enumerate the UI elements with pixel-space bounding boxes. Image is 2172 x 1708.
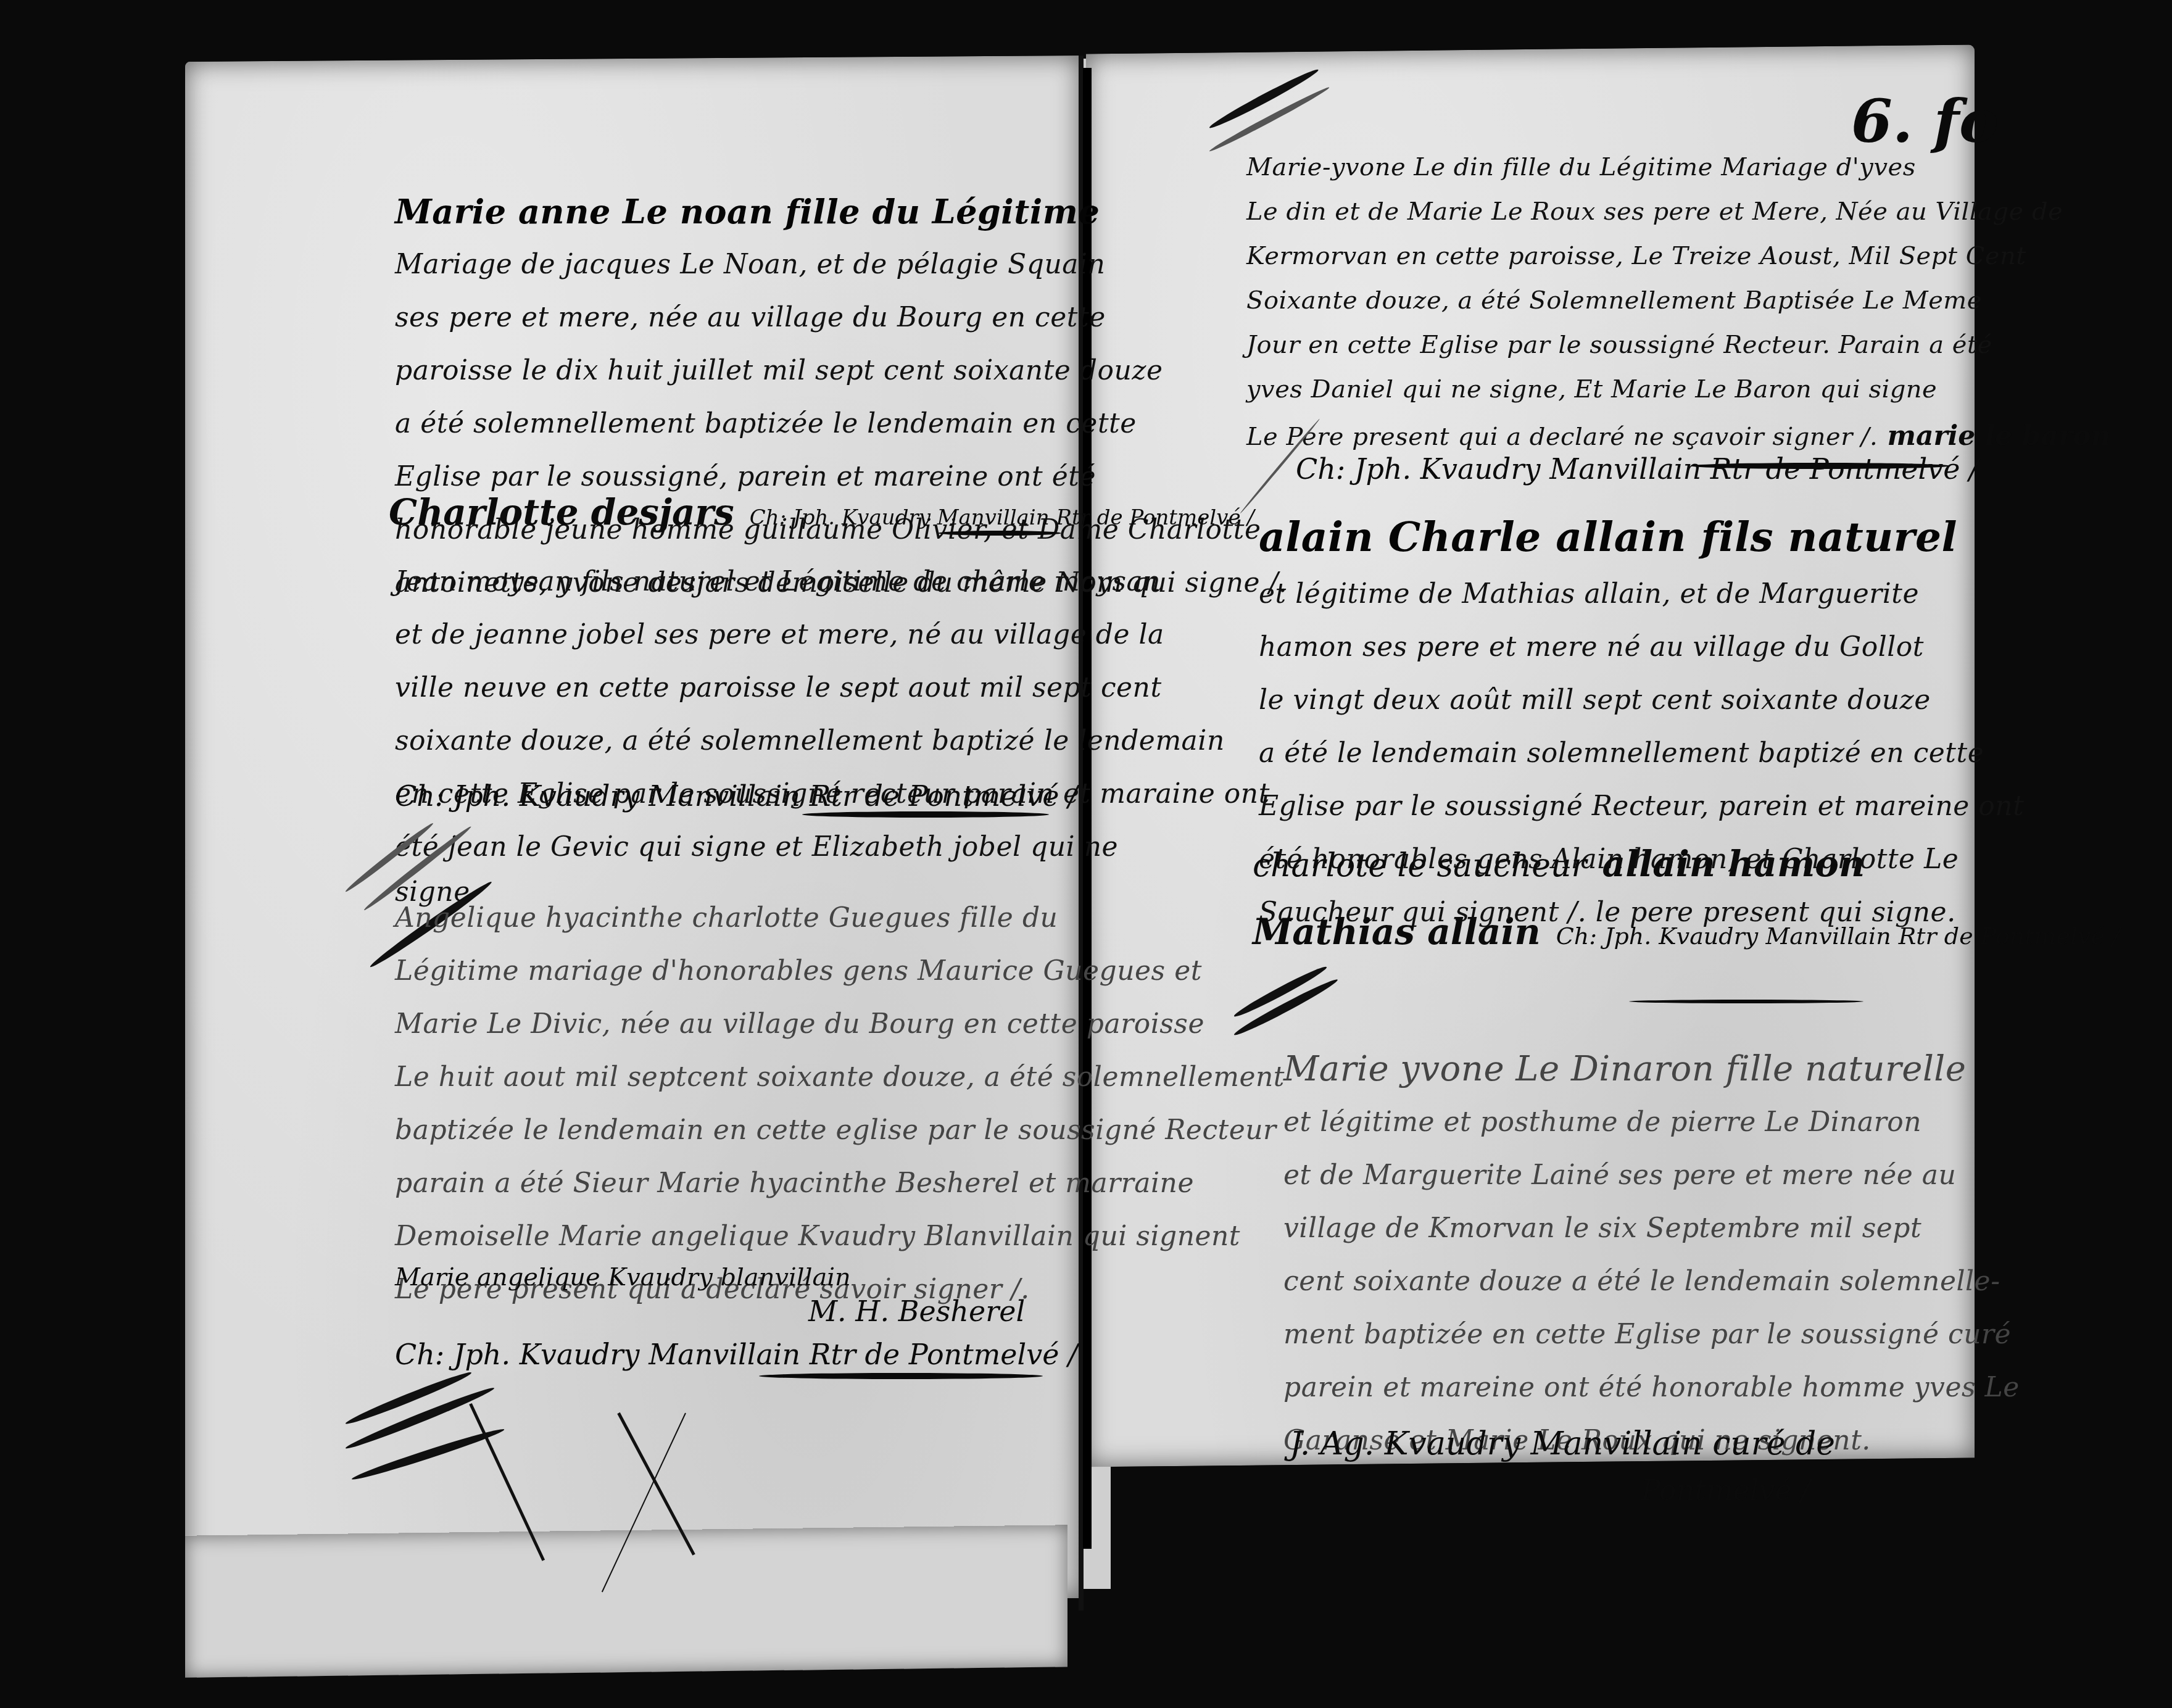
entry-line: Jour en cette Eglise par le soussigné Re… bbox=[1246, 323, 2110, 367]
signature-row: Mathias allain Ch: Jph. Kvaudry Manvilla… bbox=[1253, 907, 2120, 961]
entry-line: Le din et de Marie Le Roux ses pere et M… bbox=[1246, 189, 2110, 234]
signature-flourish bbox=[1629, 1000, 1863, 1003]
entry-line: Le huit aout mil septcent soixante douze… bbox=[395, 1051, 1285, 1104]
signature-flourish bbox=[802, 811, 1049, 818]
baptism-entry: Marie yvone Le Dinaron fille naturelle e… bbox=[1283, 1043, 2020, 1467]
signature-priest: Pontmelvé / bbox=[1641, 1465, 1810, 1515]
entry-line: le vingt deux août mill sept cent soixan… bbox=[1259, 674, 2024, 727]
entry-line: yves Daniel qui ne signe, Et Marie Le Ba… bbox=[1246, 367, 2110, 412]
entry-line: parain a été Sieur Marie hyacinthe Beshe… bbox=[395, 1157, 1285, 1210]
entry-line: a été solemnellement baptizée le lendema… bbox=[395, 397, 1287, 450]
signature-row: J. Ag. Kvaudry Manvillain curé de bbox=[1290, 1419, 1835, 1469]
entry-line: Marie Le Divic, née au village du Bourg … bbox=[395, 998, 1285, 1051]
entry-line: été jean le Gevic qui signe et Elizabeth… bbox=[395, 821, 1270, 874]
signature-row: Ch: Jph. Kvaudry Manvillain Rtr de Pontm… bbox=[1296, 444, 1979, 494]
entry-line: cent soixante douze a été le lendemain s… bbox=[1283, 1255, 2020, 1308]
entry-line: Kermorvan en cette paroisse, Le Treize A… bbox=[1246, 234, 2110, 278]
entry-line: ment baptizée en cette Eglise par le sou… bbox=[1283, 1308, 2020, 1361]
baptism-entry: Marie-yvone Le din fille du Légitime Mar… bbox=[1246, 145, 2110, 461]
signature-row: Charlotte desjars Ch: Jph. Kvaudry Manvi… bbox=[389, 487, 1254, 542]
entry-line: soixante douze, a été solemnellement bap… bbox=[395, 715, 1270, 768]
entry-line: Soixante douze, a été Solemnellement Bap… bbox=[1246, 278, 2110, 323]
entry-line: a été le lendemain solemnellement baptiz… bbox=[1259, 727, 2024, 780]
signature-flourish bbox=[1691, 463, 1950, 469]
entry-line: Jean moysan fils naturel et Légitime de … bbox=[395, 555, 1270, 608]
signature-priest: Ch: Jph. Kvaudry Manvillain Rtr de Pontm… bbox=[395, 1330, 1078, 1379]
entry-line: Marie-yvone Le din fille du Légitime Mar… bbox=[1246, 145, 2110, 189]
signature: charlote le saucheur bbox=[1253, 841, 1586, 890]
signature: Marie angelique Kvaudry blanvillain bbox=[395, 1253, 851, 1302]
signature-row: Pontmelvé / bbox=[1641, 1465, 1810, 1515]
signature-flourish bbox=[938, 531, 1061, 536]
signature: allain hamon bbox=[1602, 839, 1865, 889]
entry-line: ville neuve en cette paroisse le sept ao… bbox=[395, 661, 1270, 715]
entry-line: baptizée le lendemain en cette eglise pa… bbox=[395, 1104, 1285, 1157]
signature: Mathias allain bbox=[1253, 907, 1541, 956]
entry-line: et légitime de Mathias allain, et de Mar… bbox=[1259, 568, 2024, 621]
signature: Charlotte desjars bbox=[389, 487, 734, 537]
signature-priest: Ch: Jph. Kvaudry Manvillain Rtr de Pontm… bbox=[1556, 911, 2120, 961]
entry-line: et de Marguerite Lainé ses pere et mere … bbox=[1283, 1149, 2020, 1202]
entry-line: et de jeanne jobel ses pere et mere, né … bbox=[395, 608, 1270, 661]
entry-line: Légitime mariage d'honorables gens Mauri… bbox=[395, 945, 1285, 998]
entry-line: village de Kmorvan le six Septembre mil … bbox=[1283, 1202, 2020, 1255]
signature-row: Ch: Jph. Kvaudry Manvillain Rtr de Pontm… bbox=[395, 1330, 1078, 1379]
signature-row: Marie angelique Kvaudry blanvillain bbox=[395, 1253, 851, 1302]
entry-line: ses pere et mere, née au village du Bour… bbox=[395, 291, 1287, 344]
entry-line: hamon ses pere et mere né au village du … bbox=[1259, 621, 2024, 674]
entry-line: Eglise par le soussigné Recteur, parein … bbox=[1259, 780, 2024, 833]
entry-line: parein et mareine ont été honorable homm… bbox=[1283, 1361, 2020, 1414]
signature-priest: J. Ag. Kvaudry Manvillain curé de bbox=[1290, 1419, 1835, 1469]
entry-line: Marie anne Le noan fille du Légitime bbox=[395, 185, 1287, 238]
entry-line: alain Charle allain fils naturel bbox=[1259, 506, 2024, 568]
signature-priest: Ch: Jph. Kvaudry Manvillain Rtr de Pontm… bbox=[1296, 444, 1979, 494]
entry-line: Marie yvone Le Dinaron fille naturelle bbox=[1283, 1043, 2020, 1096]
entry-line: paroisse le dix huit juillet mil sept ce… bbox=[395, 344, 1287, 397]
entry-line: Mariage de jacques Le Noan, et de pélagi… bbox=[395, 238, 1287, 291]
signature-row: M. H. Besherel bbox=[808, 1287, 1025, 1336]
signature-flourish bbox=[759, 1373, 1043, 1379]
entry-line: et légitime et posthume de pierre Le Din… bbox=[1283, 1096, 2020, 1149]
baptism-entry: Jean moysan fils naturel et Légitime de … bbox=[395, 555, 1270, 911]
left-page-bottom-edge bbox=[185, 1525, 1067, 1677]
baptism-entry: Marie anne Le noan fille du Légitime Mar… bbox=[395, 185, 1287, 610]
signature-row: charlote le saucheur allain hamon bbox=[1253, 839, 1865, 890]
entry-line: Angelique hyacinthe charlotte Guegues fi… bbox=[395, 892, 1285, 945]
signature: M. H. Besherel bbox=[808, 1287, 1025, 1336]
